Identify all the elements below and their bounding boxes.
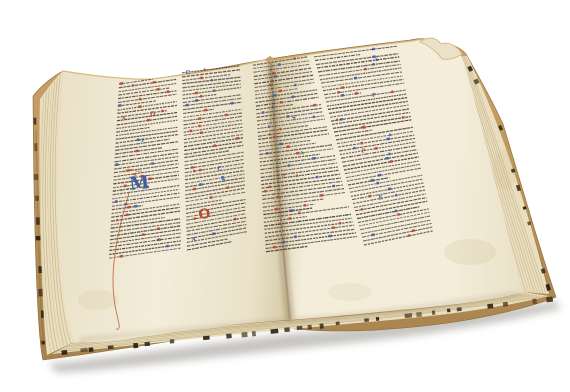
rubric-mark [134,205,138,208]
edge-mark [34,174,39,180]
rubric-mark [287,115,290,118]
rubric-mark [268,125,270,128]
rubric-mark [389,133,391,136]
rubric-mark [273,136,276,139]
rubric-mark [275,208,279,211]
rubric-mark [372,63,374,66]
rubric-mark [391,90,394,93]
rubric-mark [288,217,291,220]
rubric-mark [332,185,335,188]
edge-mark [35,196,39,201]
rubric-mark [147,119,151,122]
rubric-mark [337,91,340,94]
rubric-mark [166,245,169,248]
rubric-mark [203,68,206,71]
rubric-mark [402,116,405,119]
rubric-mark [126,213,129,216]
rubric-mark [390,160,393,163]
rubric-mark [189,129,192,132]
rubric-mark [341,94,344,97]
rubric-mark [269,84,272,87]
rubric-mark [115,200,118,203]
rubric-mark [200,76,203,79]
rubric-mark [264,190,267,193]
edge-mark [336,321,340,325]
rubric-mark [123,184,126,187]
rubric-mark [280,101,283,104]
rubric-mark [274,75,277,78]
edge-mark [170,339,175,343]
rubric-mark [151,162,154,165]
rubric-mark [372,48,375,51]
edge-mark [203,336,210,341]
edge-mark [108,345,114,349]
edge-mark [41,341,45,345]
large-initial-m: M [128,172,150,195]
rubric-mark [119,82,123,85]
rubric-mark [360,142,363,145]
edge-mark [80,348,88,352]
rubric-mark [375,58,378,61]
rubric-mark [139,98,142,101]
rubric-mark [294,84,297,87]
rubric-mark [142,233,145,236]
rubric-mark [276,196,279,199]
rubric-mark [294,235,297,238]
rubric-mark [211,79,213,82]
rubric-mark [283,241,286,244]
rubric-mark [291,95,294,98]
edge-mark [284,327,290,332]
rubric-mark [158,238,161,241]
rubric-mark [236,137,239,140]
stain [444,239,496,265]
rubric-mark [288,164,291,167]
rubric-mark [293,57,296,60]
rubric-mark [191,166,194,169]
manuscript-photo-figure: Open medieval illuminated manuscript on … [0,0,570,392]
edge-mark [144,342,150,347]
rubric-mark [328,235,332,238]
rubric-mark [376,182,379,185]
rubric-mark [286,145,290,148]
rubric-mark [272,72,275,75]
rubric-mark [272,106,275,109]
rubric-mark [368,195,371,198]
rubric-mark [199,169,202,172]
rubric-mark [198,117,201,120]
edge-mark [308,325,312,330]
edge-mark [61,350,67,355]
edge-mark [416,312,422,317]
edge-mark [320,323,324,329]
rubric-mark [166,90,169,93]
rubric-mark [210,196,213,199]
rubric-mark [132,84,134,87]
rubric-mark [195,92,199,95]
rubric-mark [364,68,367,71]
rubric-mark [120,255,124,258]
edge-mark [226,333,232,338]
edge-mark [364,318,369,322]
rubric-mark [273,94,277,97]
minor-initial: P [361,148,366,154]
rubric-mark [316,176,319,179]
rubric-mark [296,174,298,177]
rubric-mark [273,246,276,249]
rubric-mark [137,138,140,141]
rubric-mark [186,104,189,107]
rubric-mark [213,144,216,147]
edge-mark [38,289,43,297]
edge-mark [89,347,94,352]
rubric-mark [269,133,271,136]
rubric-mark [313,104,316,107]
rubric-mark [397,213,400,216]
rubric-mark [279,128,281,131]
edge-mark [376,317,380,321]
edge-mark [241,332,247,338]
edge-mark [270,329,278,334]
rubric-mark [200,131,204,134]
edge-mark [38,266,42,273]
rubric-mark [388,153,390,156]
edge-mark [532,299,537,305]
rubric-mark [290,209,294,212]
rubric-mark [127,206,131,209]
edge-mark [34,118,37,125]
rubric-mark [312,157,316,160]
edge-mark [36,236,41,240]
edge-mark [487,304,493,309]
rubric-mark [296,152,300,155]
edge-mark [405,313,413,318]
rubric-mark [231,102,234,105]
edge-mark [457,307,462,311]
rubric-mark [339,222,342,225]
rubric-mark [213,89,215,92]
manuscript-photo: ASPQSCACSSASPESP MO [0,0,570,392]
rubric-mark [320,194,324,197]
edge-mark [41,310,44,318]
rubric-mark [355,92,358,95]
rubric-mark [116,219,118,222]
rubric-mark [157,88,160,91]
edge-mark [252,331,256,336]
rubric-mark [313,115,315,118]
rubric-mark [268,186,271,189]
rubric-mark [266,152,268,155]
rubric-mark [341,86,344,89]
rubric-mark [193,188,196,191]
rubric-mark [198,125,201,128]
stain [78,290,118,310]
rubric-mark [279,142,283,145]
minor-initial: S [221,177,226,184]
rubric-mark [304,204,307,207]
edge-mark [432,310,436,315]
minor-initial: Q [150,110,156,118]
rubric-mark [353,147,356,150]
rubric-mark [193,170,195,173]
rubric-mark [332,226,335,229]
rubric-mark [118,104,122,107]
rubric-mark [161,110,164,113]
rubric-mark [156,227,160,230]
rubric-mark [135,149,139,152]
rubric-mark [138,105,142,108]
rubric-mark [199,183,203,186]
large-initial-o: O [198,206,212,223]
rubric-mark [279,89,283,92]
rubric-mark [234,218,237,221]
rubric-mark [153,81,156,84]
rubric-mark [195,99,198,102]
edge-mark [447,309,451,313]
rubric-mark [115,163,119,166]
right-page [268,40,523,320]
rubric-mark [200,95,203,98]
rubric-mark [225,113,228,116]
edge-mark [133,343,138,349]
edge-mark [34,143,37,151]
edge-mark [546,297,553,303]
edge-mark [36,217,40,225]
rubric-mark [226,186,229,189]
rubric-mark [262,111,265,114]
edge-mark [297,326,303,330]
rubric-mark [374,147,377,150]
rubric-mark [204,109,207,112]
edge-mark [503,302,508,307]
stain [328,283,372,301]
rubric-mark [193,217,195,220]
rubric-mark [354,77,358,80]
rubric-mark [278,63,281,66]
rubric-mark [336,119,338,122]
rubric-mark [372,55,376,58]
minor-initial: S [282,172,286,178]
rubric-mark [340,118,343,121]
